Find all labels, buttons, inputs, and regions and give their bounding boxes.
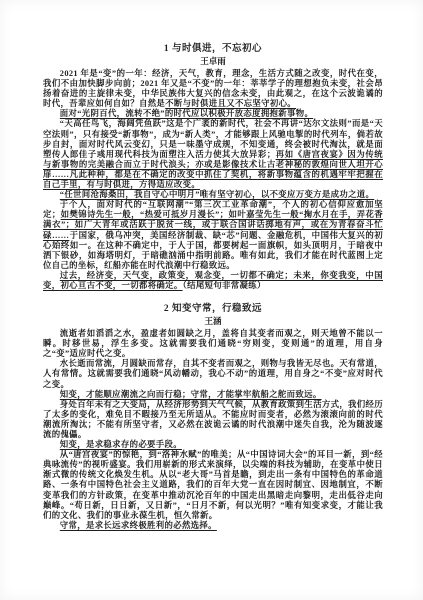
essay: 2 知变守常，行稳致远王涵流逝者如滔滔之水，盈虚者如圆缺之月，盖将自其变者而观之… (43, 304, 383, 531)
underlined-text: 面对“光阴百代，流转不绝”的时代应以积极开放态度拥抱新事物。 (60, 109, 313, 118)
paragraph: 知变，是求稳求存的必要手段。 (43, 440, 383, 450)
underlined-text: 知变，才能顺应潮流之向而行稳；守常，才能掌牢航船之舵而致远。 (60, 390, 322, 399)
paragraph: 水长逝而常流，月圆缺而常存，自其不变者而观之，则物与我皆无尽也。天有常道，人有常… (43, 359, 383, 389)
paragraph: 面对“光阴百代，流转不绝”的时代应以积极开放态度拥抱新事物。 (43, 109, 383, 119)
paragraph: 从“唐宫夜宴”的惊艳，到“洛神水赋”的唯美；从“中国诗词大会”的耳目一新，到“经… (43, 450, 383, 521)
body-text: 于国家，俄乌冲突，美国经济制裁、缺“芯”问题、金融危机，中国伟大复兴的初心始终如… (43, 231, 383, 270)
paragraph: 2021 年是“变”的一年：经济，天气，教育，理念，生活方式随之改变，时代在变，… (43, 69, 383, 109)
essay-title: 1 与时俱进，不忘初心 (43, 44, 383, 55)
paragraph: 知变，才能顺应潮流之向而行稳；守常，才能掌牢航船之舵而致远。 (43, 390, 383, 400)
underlined-text: “任世间沧海桑田，我自守心中明月”唯有坚守初心，以不变应万变方是成功之道。 (60, 190, 374, 199)
body-text: 身处百年未有之大变局，从经济形势到天气气候，从教育政策到生活方式，我们经历了太多… (43, 400, 383, 439)
paragraph: 流逝者如滔滔之水，盈虚者如圆缺之月，盖将自其变者而观之，则天地曾不能以一瞬。时移… (43, 329, 383, 359)
essay-author: 王涵 (43, 316, 383, 326)
paragraph: “天高任鸟飞，海阔凭鱼跃”这是个广袤的新时代，社会不再讲“达尔文法则”而是“天空… (43, 119, 383, 190)
underlined-text: 不断与时俱进且又不忘坚守初心。 (165, 99, 296, 108)
paragraph: 于个人，面对时代的“互联网潮”“第三次工业革命潮”，个人的初心信仰应愈加坚定；如… (43, 200, 383, 271)
underlined-text: 知变，是求稳求存的必要手段。 (60, 440, 182, 449)
essay-author: 王卓雨 (43, 56, 383, 66)
body-text: 流逝者如滔滔之水，盈虚者如圆缺之月，盖将自其变者而观之，则天地曾不能以一瞬。时移… (43, 329, 383, 358)
paragraph: 身处百年未有之大变局，从经济形势到天气气候，从教育政策到生活方式，我们经历了太多… (43, 400, 383, 440)
document-page: 1 与时俱进，不忘初心王卓雨2021 年是“变”的一年：经济，天气，教育，理念，… (0, 0, 423, 600)
body-text: （结尾短句非常凝练） (183, 281, 266, 290)
body-text: 水长逝而常流，月圆缺而常存，自其不变者而观之，则物与我皆无尽也。天有常道，人有常… (43, 359, 383, 388)
essay: 1 与时俱进，不忘初心王卓雨2021 年是“变”的一年：经济，天气，教育，理念，… (43, 44, 383, 291)
body-text: 从“唐宫夜宴”的惊艳，到“洛神水赋”的唯美；从“中国诗词大会”的耳目一新，到“经… (43, 450, 383, 520)
paragraph: 守常，是求长远求终极胜利的必然选择。 (43, 521, 383, 531)
paragraph: “任世间沧海桑田，我自守心中明月”唯有坚守初心，以不变应万变方是成功之道。 (43, 190, 383, 200)
essay-title: 2 知变守常，行稳致远 (43, 304, 383, 315)
essays-container: 1 与时俱进，不忘初心王卓雨2021 年是“变”的一年：经济，天气，教育，理念，… (43, 44, 383, 531)
underlined-text: 守常，是求长远求终极胜利的必然选择。 (60, 521, 217, 530)
paragraph: 过去，经济变，天气变，政策变，观念变，一切都不确定；未来，你变我变，中国变，初心… (43, 271, 383, 291)
